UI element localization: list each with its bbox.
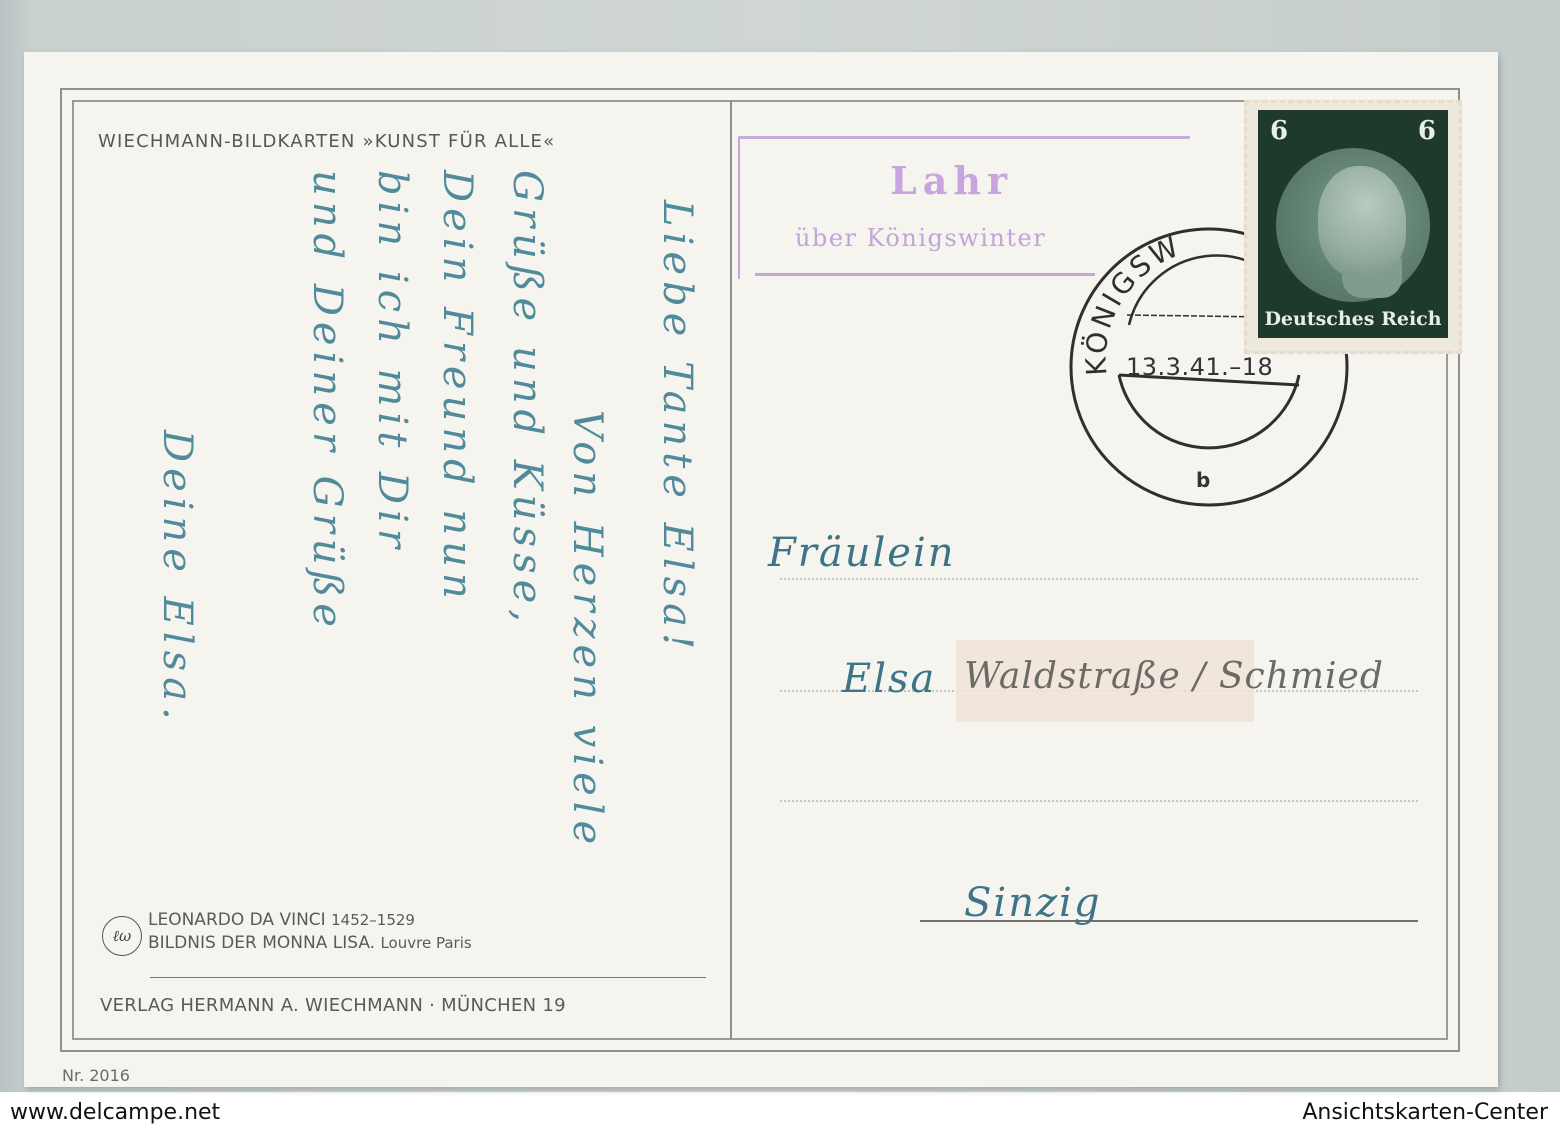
message-line: Grüße und Küsse, [504,170,550,628]
stamp-value: 6 [1270,116,1288,146]
address-city: Sinzig [964,880,1101,926]
address-street: Waldstraße / Schmied [964,656,1384,697]
portrait-medallion-icon [1276,148,1430,302]
artist-years: 1452–1529 [331,911,415,929]
portrait-head [1318,166,1406,278]
artwork-title: BILDNIS DER MONNA LISA. Louvre Paris [148,933,472,953]
address-line [780,800,1418,802]
watermark-right: Ansichtskarten-Center [1302,1100,1548,1125]
message-line: und Deiner Grüße [304,170,350,633]
address-salutation: Fräulein [768,530,956,576]
address-name: Elsa [842,656,936,702]
postmark-suffix: b [1196,468,1210,492]
card-center-divider [730,100,732,1040]
stamp-value: 6 [1418,116,1436,146]
stamp-country: Deutsches Reich [1258,308,1448,330]
card-number: Nr. 2016 [62,1066,130,1085]
publisher-logo-icon: ℓω [102,916,142,956]
credit-rule [150,977,706,978]
artwork-artist: LEONARDO DA VINCI 1452–1529 [148,910,415,930]
postage-stamp: 6 6 Deutsches Reich [1258,110,1448,338]
message-line: Von Herzen viele [564,410,610,850]
address-line [780,578,1418,580]
watermark-left: www.delcampe.net [10,1100,220,1125]
artwork-location: Louvre Paris [380,934,471,952]
handwritten-message: Liebe Tante Elsa! Von Herzen viele Grüße… [110,160,710,900]
rubber-stamp-frame-bottom [755,273,1095,276]
artist-name: LEONARDO DA VINCI [148,910,326,930]
artwork-name: BILDNIS DER MONNA LISA. [148,933,375,953]
series-title: WIECHMANN-BILDKARTEN »KUNST FÜR ALLE« [98,131,555,152]
rubber-stamp-place: Lahr [890,158,1013,203]
rubber-stamp-via: über Königswinter [795,224,1046,252]
publisher-line: VERLAG HERMANN A. WIECHMANN · MÜNCHEN 19 [100,995,566,1016]
message-line: Deine Elsa. [154,430,200,726]
message-line: bin ich mit Dir [369,170,415,554]
postmark-date: 13.3.41.–18 [1126,353,1273,381]
message-line: Liebe Tante Elsa! [654,200,700,655]
message-line: Dein Freund nun [434,170,480,605]
